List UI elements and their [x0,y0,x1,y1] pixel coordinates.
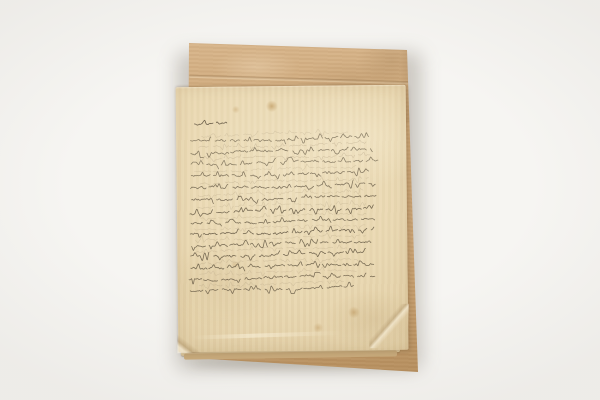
showthrough-line [201,129,347,138]
showthrough-line [198,200,366,210]
letter-sheet [176,85,409,352]
showthrough-line [196,245,347,253]
handwriting-line [190,204,374,216]
photo-scene [0,0,600,400]
folded-corner-bottom-right [369,304,409,348]
showthrough-line [200,266,357,276]
handwriting-line [192,193,377,204]
handwriting-line [191,133,369,146]
salutation-line [194,120,227,125]
handwriting-line [191,156,378,170]
handwriting-line [191,215,375,226]
handwriting-line [191,168,369,181]
showthrough-line [198,188,363,199]
handwriting-line [189,271,375,284]
